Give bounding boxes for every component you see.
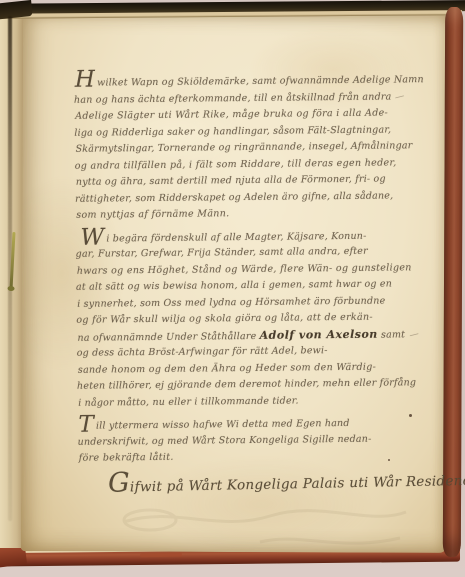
dateline: Gifwit på Wårt Kongeliga Palais uti Wår … <box>108 466 418 498</box>
paragraph-2: Wi begära fördenskull af alle Magter, Kä… <box>75 227 417 412</box>
ornate-initial: T <box>78 418 94 432</box>
ornate-initial: W <box>78 230 104 244</box>
line-text: na ofwannämnde Under Ståthållare <box>77 330 259 343</box>
manuscript-line-with-name: na ofwannämnde Under Ståthållare Adolf v… <box>77 326 416 346</box>
line-text: wilket Wapn og Skiöldemärke, samt ofwann… <box>97 74 424 88</box>
line-text: i begära fördenskull af alle Magter, Käj… <box>106 230 366 244</box>
ornate-initial: H <box>75 73 95 87</box>
paragraph-1: Hwilket Wapn og Skiöldemärke, samt ofwan… <box>74 72 416 224</box>
manuscript-photo: Hwilket Wapn og Skiöldemärke, samt ofwan… <box>0 0 465 577</box>
show-through-ghost-writing <box>110 498 410 558</box>
manuscript-line: som nyttjas af förnäme Männ. <box>76 204 415 224</box>
manuscript-line: före bekräfta låtit. <box>79 447 418 467</box>
handwritten-text-block: Hwilket Wapn og Skiöldemärke, samt ofwan… <box>74 72 418 503</box>
closing-block: Till yttermera wisso hafwe Wi detta med … <box>77 414 418 497</box>
line-text: samt <box>378 329 406 340</box>
noble-name: Adolf von Axelson <box>260 327 378 341</box>
manuscript-line: i någor måtto, nu eller i tillkommande t… <box>78 392 417 412</box>
line-text: ill yttermera wisso hafwe Wi detta med E… <box>96 418 350 432</box>
